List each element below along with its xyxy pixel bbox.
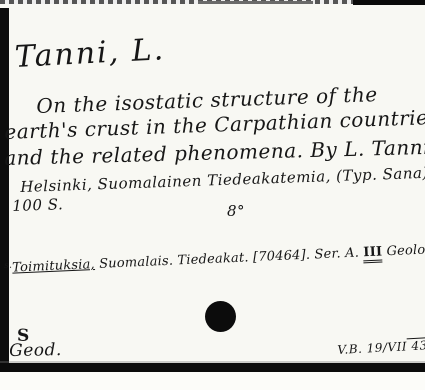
card-top-edge-solid — [353, 0, 425, 5]
catalog-card-scan: Tanni, L. On the isostatic structure of … — [0, 0, 425, 390]
collation-pages: 100 S. — [12, 195, 64, 215]
date-note-year: 43. — [407, 338, 425, 353]
date-note-initials: V.B. — [337, 341, 367, 357]
hole-punch — [205, 301, 236, 332]
date-note-day-month: 19/VII — [366, 339, 407, 355]
format-size: 8° — [227, 202, 245, 220]
series-roman-numeral: III — [363, 245, 383, 264]
shelf-classification: Geod. — [9, 340, 62, 361]
card-left-binding-edge — [0, 8, 9, 371]
card-bottom-edge — [0, 363, 425, 372]
card-top-edge-segment — [198, 1, 313, 4]
